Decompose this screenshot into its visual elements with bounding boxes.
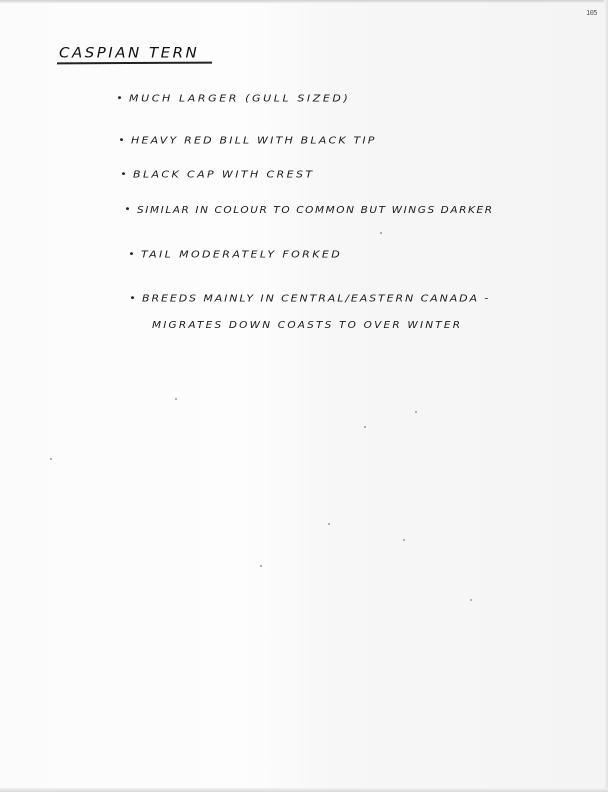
scanned-page: 105 CASPIAN TERN MUCH LARGER (GULL SIZED…	[0, 0, 608, 792]
scan-speck	[364, 426, 366, 428]
bullet-item: SIMILAR IN COLOUR TO COMMON BUT WINGS DA…	[126, 204, 494, 215]
bullet-dot-icon	[126, 207, 129, 210]
scan-speck	[415, 411, 417, 413]
bullet-dot-icon	[130, 252, 133, 255]
bullet-dot-icon	[122, 172, 125, 175]
scan-speck	[403, 539, 405, 541]
bullet-text: TAIL MODERATELY FORKED	[141, 249, 342, 261]
page-right-edge	[604, 0, 608, 792]
bullet-item: BREEDS MAINLY IN CENTRAL/EASTERN CANADA …	[131, 293, 490, 305]
bullet-text: BLACK CAP WITH CREST	[133, 169, 315, 181]
bullet-item: BLACK CAP WITH CREST	[122, 169, 315, 181]
scan-speck	[50, 458, 52, 460]
bullet-text: BREEDS MAINLY IN CENTRAL/EASTERN CANADA …	[142, 293, 490, 305]
bullet-continuation: MIGRATES DOWN COASTS TO OVER WINTER	[152, 319, 462, 330]
bullet-dot-icon	[120, 138, 123, 141]
bullet-text: HEAVY RED BILL WITH BLACK TIP	[131, 135, 377, 147]
scan-speck	[328, 523, 330, 525]
scan-speck	[175, 398, 177, 400]
page-top-edge	[0, 0, 608, 3]
scan-speck	[380, 232, 382, 234]
scan-speck	[260, 565, 262, 567]
title-underline	[57, 62, 212, 65]
bullet-item: HEAVY RED BILL WITH BLACK TIP	[120, 135, 377, 147]
bullet-text: MUCH LARGER (GULL SIZED)	[129, 93, 350, 105]
bullet-text: SIMILAR IN COLOUR TO COMMON BUT WINGS DA…	[137, 204, 494, 215]
scan-speck	[470, 599, 472, 601]
page-bottom-edge	[0, 788, 608, 792]
page-title: CASPIAN TERN	[59, 45, 199, 62]
bullet-item: TAIL MODERATELY FORKED	[130, 249, 342, 261]
page-number: 105	[586, 9, 597, 17]
bullet-item: MUCH LARGER (GULL SIZED)	[118, 93, 350, 105]
bullet-dot-icon	[118, 96, 121, 99]
bullet-dot-icon	[131, 296, 134, 299]
